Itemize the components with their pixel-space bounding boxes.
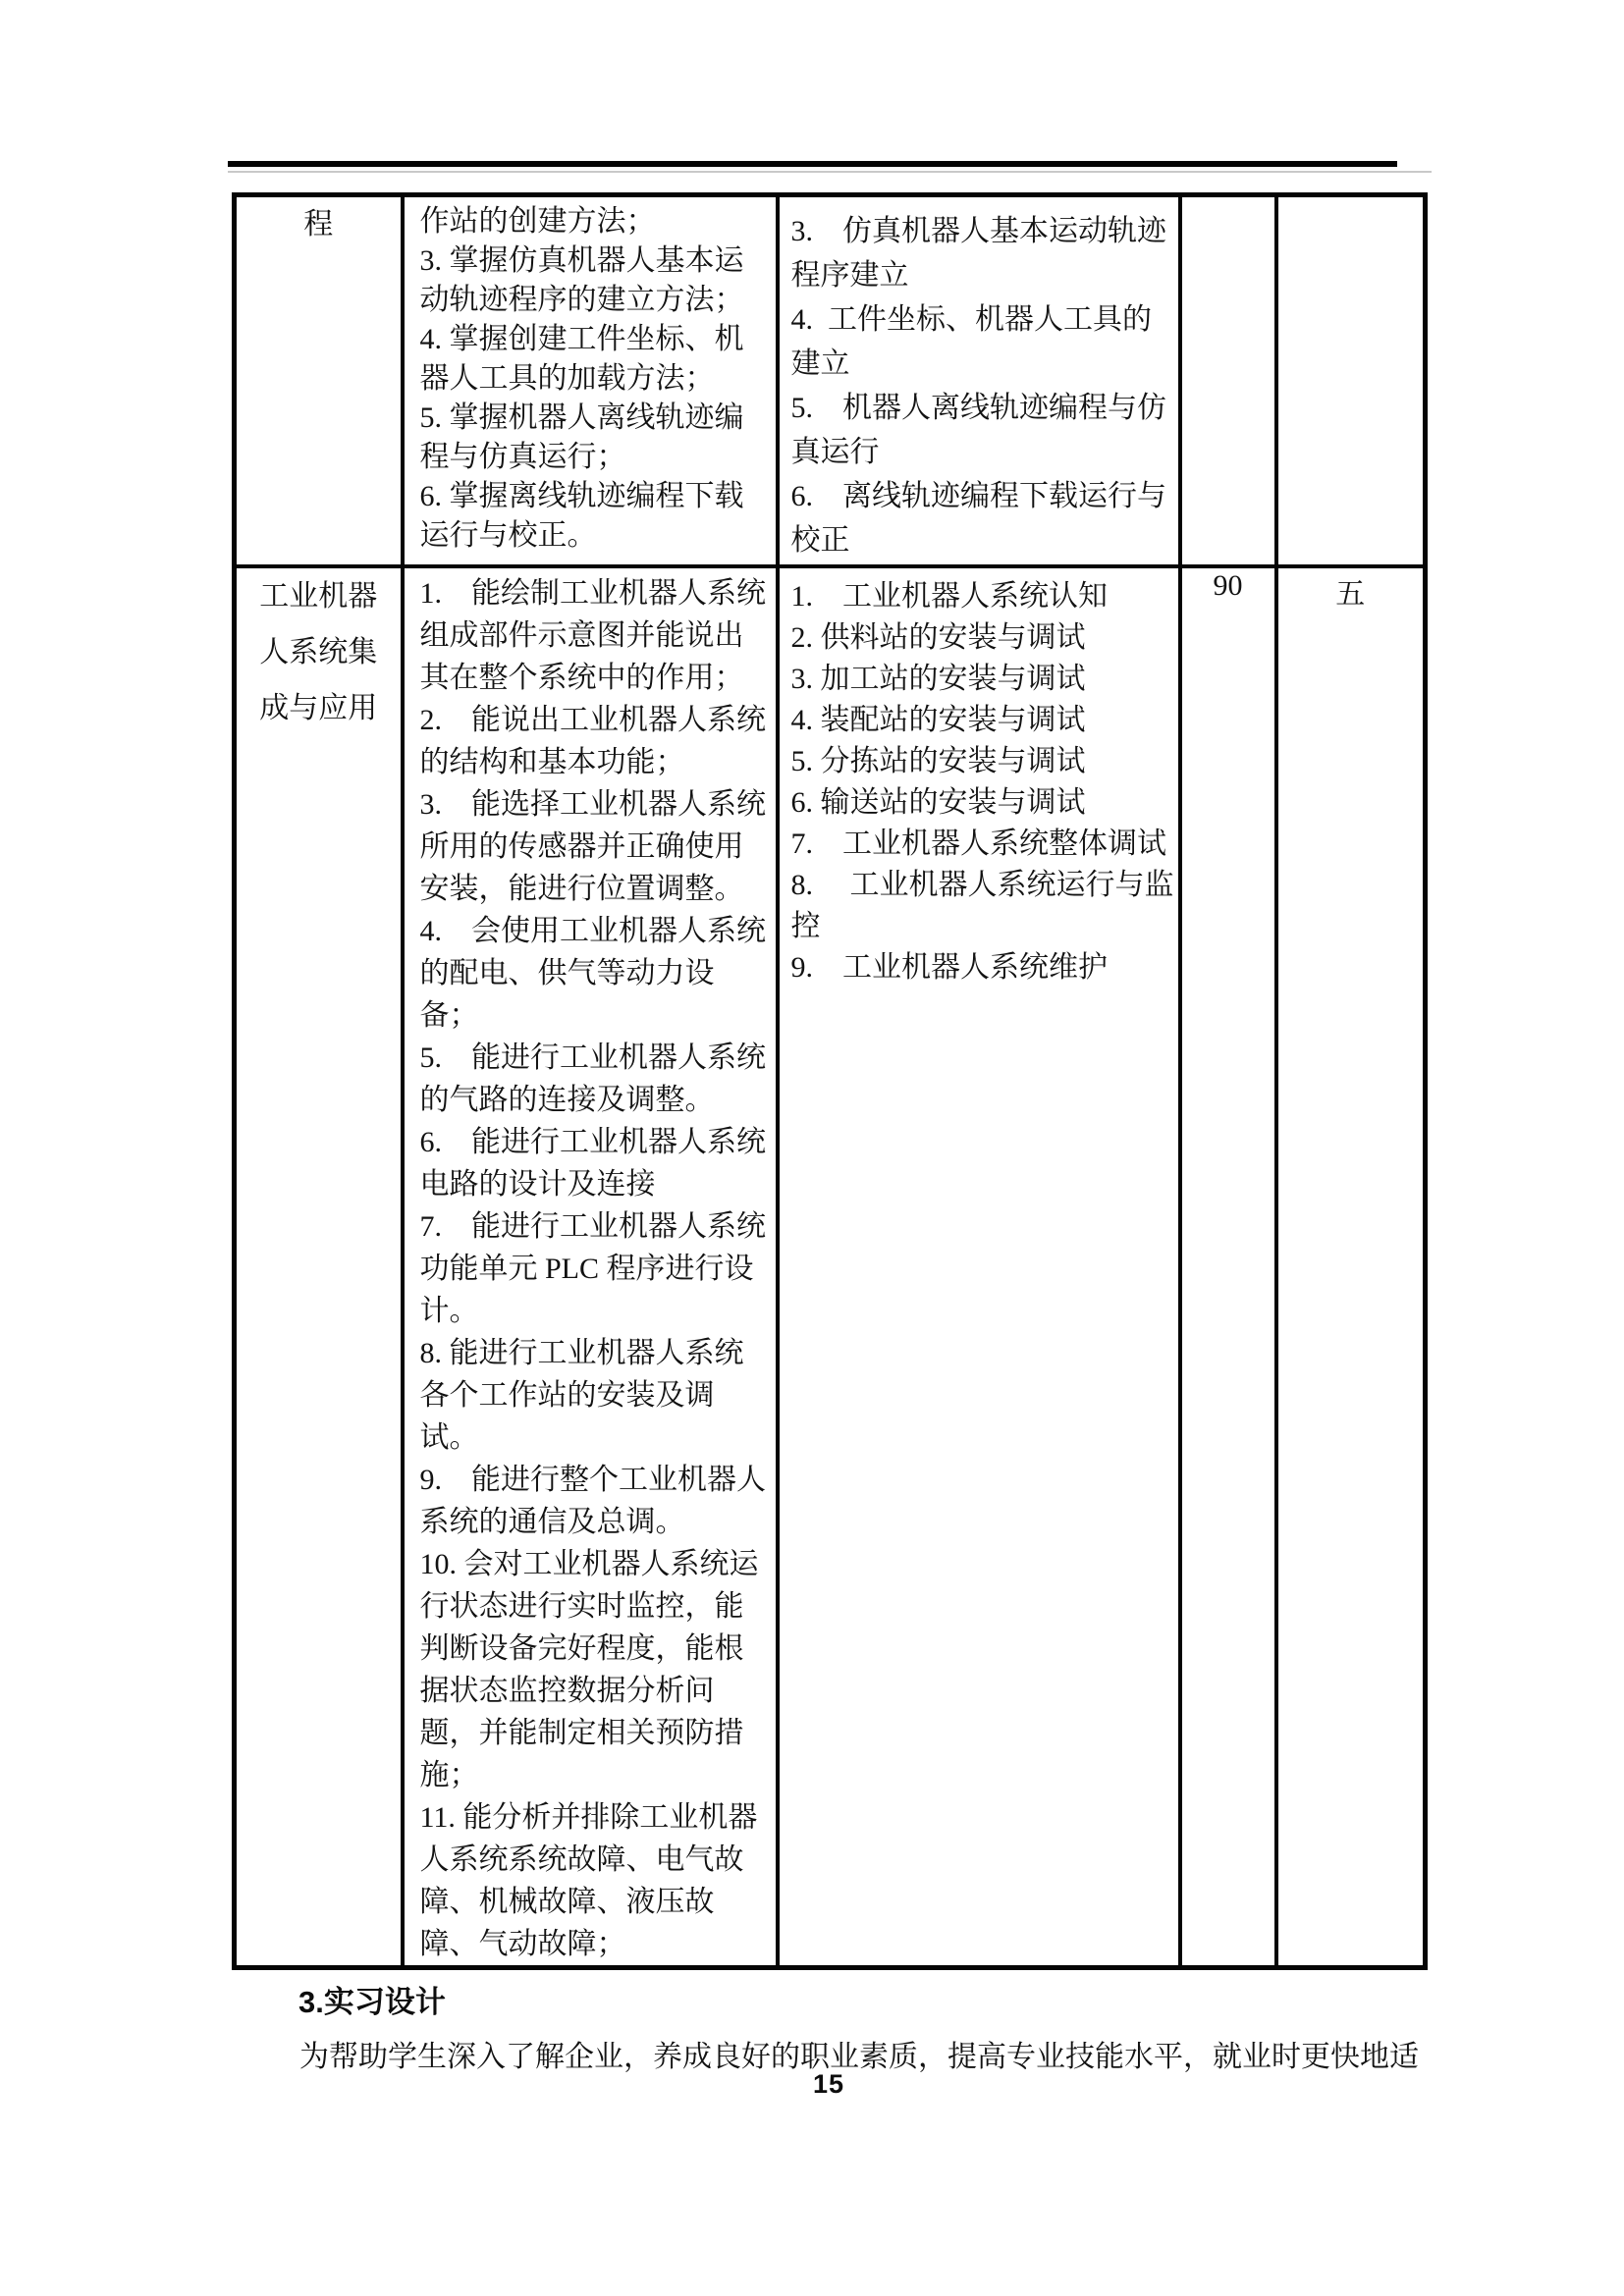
objective-item: 7. 能进行工业机器人系统功能单元 PLC 程序进行设计。 — [420, 1205, 772, 1332]
header-rule — [228, 161, 1397, 167]
content-item: 6. 离线轨迹编程下载运行与校正 — [791, 474, 1176, 562]
objectives-cell: 1. 能绘制工业机器人系统组成部件示意图并能说出其在整个系统中的作用； 2. 能… — [403, 566, 778, 1968]
objective-item: 1. 能绘制工业机器人系统组成部件示意图并能说出其在整个系统中的作用； — [420, 572, 772, 699]
table-row-system-integration: 工业机器人系统集成与应用 1. 能绘制工业机器人系统组成部件示意图并能说出其在整… — [235, 566, 1426, 1968]
semester-cell — [1276, 195, 1426, 566]
objectives-cell: 作站的创建方法； 3. 掌握仿真机器人基本运动轨迹程序的建立方法； 4. 掌握创… — [403, 195, 778, 566]
objective-item: 11. 能分析并排除工业机器人系统系统故障、电气故障、机械故障、液压故障、气动故… — [420, 1796, 772, 1965]
semester-cell: 五 — [1276, 566, 1426, 1968]
objective-item: 作站的创建方法； — [420, 202, 772, 241]
content-item: 5. 机器人离线轨迹编程与仿真运行 — [791, 386, 1176, 474]
objective-item: 3. 掌握仿真机器人基本运动轨迹程序的建立方法； — [420, 241, 772, 320]
content-item: 6. 输送站的安装与调试 — [791, 782, 1176, 824]
section-heading: 3.实习设计 — [298, 1977, 446, 2021]
content-item: 9. 工业机器人系统维护 — [791, 947, 1176, 988]
objective-item: 9. 能进行整个工业机器人系统的通信及总调。 — [420, 1459, 772, 1543]
objective-item: 2. 能说出工业机器人系统的结构和基本功能； — [420, 699, 772, 783]
objective-item: 6. 能进行工业机器人系统电路的设计及连接 — [420, 1121, 772, 1205]
section-paragraph: 为帮助学生深入了解企业，养成良好的职业素质，提高专业技能水平，就业时更快地适 — [299, 2032, 1419, 2075]
objective-item: 4. 会使用工业机器人系统的配电、供气等动力设备； — [420, 910, 772, 1037]
content-item: 8. 工业机器人系统运行与监控 — [791, 865, 1176, 947]
course-name: 工业机器人系统集成与应用 — [258, 568, 379, 736]
objective-item: 8. 能进行工业机器人系统各个工作站的安装及调试。 — [420, 1332, 772, 1459]
course-cell: 程 — [235, 195, 403, 566]
objective-item: 3. 能选择工业机器人系统所用的传感器并正确使用安装，能进行位置调整。 — [420, 783, 772, 910]
contents-cell: 3. 仿真机器人基本运动轨迹程序建立 4. 工件坐标、机器人工具的建立 5. 机… — [778, 195, 1180, 566]
content-item: 1. 工业机器人系统认知 — [791, 576, 1176, 617]
content-item: 4. 装配站的安装与调试 — [791, 700, 1176, 741]
contents-cell: 1. 工业机器人系统认知 2. 供料站的安装与调试 3. 加工站的安装与调试 4… — [778, 566, 1180, 1968]
content-item: 3. 仿真机器人基本运动轨迹程序建立 — [791, 209, 1176, 297]
hours-cell — [1180, 195, 1276, 566]
content-item: 5. 分拣站的安装与调试 — [791, 741, 1176, 782]
objective-item: 6. 掌握离线轨迹编程下载运行与校正。 — [420, 477, 772, 556]
header-rule-shadow — [228, 171, 1432, 173]
page-number: 15 — [813, 2069, 844, 2100]
course-cell: 工业机器人系统集成与应用 — [235, 566, 403, 1968]
semester-value: 五 — [1279, 569, 1423, 613]
objective-item: 5. 掌握机器人离线轨迹编程与仿真运行； — [420, 399, 772, 477]
objective-item: 10. 会对工业机器人系统运行状态进行实时监控，能判断设备完好程度，能根据状态监… — [420, 1543, 772, 1796]
objective-item: 4. 掌握创建工件坐标、机器人工具的加载方法； — [420, 320, 772, 399]
course-name: 程 — [258, 205, 379, 244]
content-item: 2. 供料站的安装与调试 — [791, 617, 1176, 659]
content-item: 7. 工业机器人系统整体调试 — [791, 824, 1176, 865]
content-item: 4. 工件坐标、机器人工具的建立 — [791, 297, 1176, 386]
curriculum-table: 程 作站的创建方法； 3. 掌握仿真机器人基本运动轨迹程序的建立方法； 4. 掌… — [232, 192, 1428, 1970]
objective-item: 5. 能进行工业机器人系统的气路的连接及调整。 — [420, 1037, 772, 1121]
table-row-offline-programming: 程 作站的创建方法； 3. 掌握仿真机器人基本运动轨迹程序的建立方法； 4. 掌… — [235, 195, 1426, 566]
hours-value: 90 — [1183, 569, 1273, 603]
content-item: 3. 加工站的安装与调试 — [791, 659, 1176, 700]
hours-cell: 90 — [1180, 566, 1276, 1968]
